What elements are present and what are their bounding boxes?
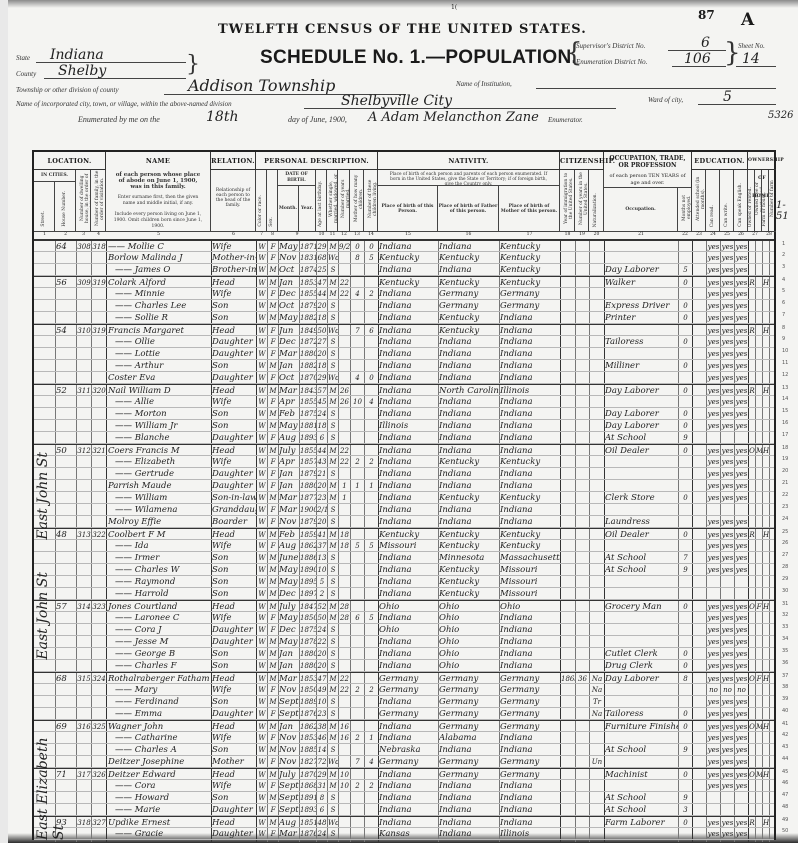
cell-eng: yes xyxy=(735,516,748,528)
cell-rel: Daughter xyxy=(212,336,256,348)
cell-ms: Wd xyxy=(328,252,338,264)
cell-ms: Wd xyxy=(328,372,338,384)
cell-month: Aug xyxy=(279,540,299,552)
cell-rel: Son xyxy=(212,792,256,804)
cell-age: 22 xyxy=(317,636,327,648)
cell-bp: Indiana xyxy=(379,288,438,300)
enumeration-label: Enumeration District No. xyxy=(576,58,647,66)
cell-read: yes xyxy=(707,456,720,468)
cell-bm: Indiana xyxy=(500,432,560,444)
cell-bm: Indiana xyxy=(500,804,560,816)
cell-bf: Indiana xyxy=(439,480,499,492)
cell-ms: M xyxy=(328,480,338,492)
row-number: 40 xyxy=(782,708,788,714)
row-number: 6 xyxy=(782,300,785,306)
cell-bf: Kentucky xyxy=(439,492,499,504)
cell-bp: Germany xyxy=(379,708,438,720)
cell-bf: Ohio xyxy=(439,660,499,672)
cell-bm: Indiana xyxy=(500,780,560,792)
table-row: —— George BSonWMJan188020SIndianaOhioInd… xyxy=(34,648,774,660)
cell-ms: S xyxy=(328,804,338,816)
cell-name: —— Minnie xyxy=(107,288,211,300)
cell-bp: Indiana xyxy=(379,660,438,672)
cell-eng: yes xyxy=(735,372,748,384)
cell-write: yes xyxy=(721,348,734,360)
sheet-value-field: 14 xyxy=(736,52,776,68)
col-occupation: Occupation. xyxy=(604,188,678,232)
cell-age: 46 xyxy=(317,732,327,744)
cell-color: W xyxy=(257,432,267,444)
cell-bm: Indiana xyxy=(500,336,560,348)
column-number: 17 xyxy=(499,232,560,237)
cell-mo: 4 xyxy=(351,288,364,300)
cell-bm: Indiana xyxy=(500,624,560,636)
cell-sex: F xyxy=(268,456,278,468)
cell-year: 1879 xyxy=(300,468,316,480)
cell-bp: Indiana xyxy=(379,348,438,360)
cell-sex: F xyxy=(268,708,278,720)
row-number: 11 xyxy=(782,360,788,366)
col-years-married: Number of years married. xyxy=(338,170,350,232)
cell-month: June xyxy=(279,552,299,564)
row-number: 27 xyxy=(782,552,788,558)
cell-bf: Ohio xyxy=(439,648,499,660)
cell-name: —— Blanche xyxy=(107,432,211,444)
cell-year: 1880 xyxy=(300,480,316,492)
cell-name: —— Ida xyxy=(107,540,211,552)
col-can-read: Can read. xyxy=(706,170,720,232)
cell-occ: Clerk Store xyxy=(605,492,678,504)
cell-color: W xyxy=(257,696,267,708)
cell-age: 25 xyxy=(317,264,327,276)
cell-name: Parrish Maude xyxy=(107,480,211,492)
row-number: 3 xyxy=(782,264,785,270)
row-number: 43 xyxy=(782,744,788,750)
cell-unemp: 9 xyxy=(679,744,692,756)
cell-write: yes xyxy=(721,732,734,744)
cell-bp: Indiana xyxy=(379,468,438,480)
cell-write: yes xyxy=(721,300,734,312)
col-naturalization: Naturalization. xyxy=(589,170,604,232)
column-number: 14 xyxy=(364,232,378,237)
cell-year: 1876 xyxy=(300,708,316,720)
cell-bf: Germany xyxy=(439,300,499,312)
cell-unemp: 5 xyxy=(679,264,692,276)
cell-name: —— Cora xyxy=(107,780,211,792)
cell-age: 49 xyxy=(317,684,327,696)
row-number: 47 xyxy=(782,792,788,798)
cell-bf: Germany xyxy=(439,708,499,720)
cell-month: Apr xyxy=(279,456,299,468)
cell-month: Dec xyxy=(279,588,299,600)
cell-eng: no xyxy=(735,684,748,696)
cell-bp: Indiana xyxy=(379,456,438,468)
cell-sex: F xyxy=(268,252,278,264)
cell-color: W xyxy=(257,744,267,756)
cell-bm: Indiana xyxy=(500,732,560,744)
cell-bp: Indiana xyxy=(379,780,438,792)
cell-year: 1874 xyxy=(300,264,316,276)
cell-rel: Daughter xyxy=(212,468,256,480)
cell-eng: yes xyxy=(735,696,748,708)
cell-age: 18 xyxy=(317,420,327,432)
cell-month: Sept xyxy=(279,792,299,804)
cell-color: W xyxy=(257,408,267,420)
cell-age: 21 xyxy=(317,468,327,480)
cell-mo: 6 xyxy=(351,612,364,624)
row-number: 39 xyxy=(782,696,788,702)
cell-ms: S xyxy=(328,636,338,648)
cell-month: Dec xyxy=(279,336,299,348)
column-number: 27 xyxy=(748,232,762,237)
cell-bf: Indiana xyxy=(439,396,499,408)
cell-eng: yes xyxy=(735,348,748,360)
cell-bp: Indiana xyxy=(379,312,438,324)
cell-ym: 22 xyxy=(339,288,350,300)
cell-read: yes xyxy=(707,708,720,720)
occupation-header: OCCUPATION, TRADE, OR PROFESSION of each… xyxy=(604,152,692,188)
cell-month: Jan xyxy=(279,648,299,660)
cell-year: 1880 xyxy=(300,348,316,360)
cell-read: yes xyxy=(707,312,720,324)
col-years-in-us: Number of years in the United States. xyxy=(575,170,589,232)
cell-color: W xyxy=(257,804,267,816)
cell-write: yes xyxy=(721,828,734,840)
cell-age: 45 xyxy=(317,396,327,408)
enumerated-prefix: Enumerated by me on the xyxy=(78,115,160,124)
cell-read: yes xyxy=(707,624,720,636)
cell-name: —— Howard xyxy=(107,792,211,804)
cell-li: 4 xyxy=(365,396,378,408)
enumerated-suffix: day of June, 1900, xyxy=(288,115,347,124)
cell-rel: Daughter xyxy=(212,480,256,492)
cell-write: yes xyxy=(721,648,734,660)
cell-ms: S xyxy=(328,264,338,276)
cell-month: Apr xyxy=(279,396,299,408)
cell-name: —— Marie xyxy=(107,804,211,816)
cell-age: 8 xyxy=(317,792,327,804)
cell-age: 20 xyxy=(317,648,327,660)
institution-field: Name of Institution, xyxy=(456,76,776,90)
cell-li: 2 xyxy=(365,456,378,468)
cell-rel: Son xyxy=(212,744,256,756)
cell-ms: M xyxy=(328,612,338,624)
cell-bf: Indiana xyxy=(439,468,499,480)
state-value: Indiana xyxy=(50,47,104,63)
row-number: 26 xyxy=(782,540,788,546)
cell-sex: M xyxy=(268,792,278,804)
cell-age: 23 xyxy=(317,492,327,504)
cell-year: 1882 xyxy=(300,312,316,324)
cell-bf: Germany xyxy=(439,696,499,708)
cell-name: —— Charles F xyxy=(107,660,211,672)
cell-rel: Son-in-law xyxy=(212,492,256,504)
cell-month: Oct xyxy=(279,372,299,384)
column-numbers-row: 1234567891011121314151617181920212223242… xyxy=(34,232,774,240)
table-row: 50312321Coers Francis MHeadWMJuly185544M… xyxy=(34,444,774,456)
cell-write: yes xyxy=(721,396,734,408)
col-birth-mother: Place of birth of Mother of this person. xyxy=(499,186,560,232)
cell-sex: F xyxy=(268,516,278,528)
cell-sex: M xyxy=(268,360,278,372)
table-row: —— LottieDaughterWFMar188020SIndianaIndi… xyxy=(34,348,774,360)
relation-desc: Relationship of each person to the head … xyxy=(211,170,256,232)
cell-ms: M xyxy=(328,396,338,408)
cell-age: 29 xyxy=(317,372,327,384)
table-row: Borlow Malinda JMother-in-lawWFNov183168… xyxy=(34,252,774,264)
cell-color: W xyxy=(257,288,267,300)
incorporated-field: Name of incorporated city, town, or vill… xyxy=(16,94,616,110)
cell-read: yes xyxy=(707,372,720,384)
table-row: Coster EvaDaughterWFOct187029Wd40Indiana… xyxy=(34,372,774,384)
cell-occ: Day Laborer xyxy=(605,420,678,432)
cell-sex: F xyxy=(268,780,278,792)
column-number: 12 xyxy=(338,232,350,237)
cell-age: 31 xyxy=(317,780,327,792)
cell-bm: Kentucky xyxy=(500,456,560,468)
cell-bf: Indiana xyxy=(439,744,499,756)
cell-year: 1889 xyxy=(300,696,316,708)
cell-year: 1827 xyxy=(300,756,316,768)
cell-ms: S xyxy=(328,696,338,708)
cell-unemp: 0 xyxy=(679,492,692,504)
cell-read: yes xyxy=(707,408,720,420)
cell-month: May xyxy=(279,420,299,432)
cell-eng: yes xyxy=(735,456,748,468)
cell-li: 2 xyxy=(365,288,378,300)
table-row: —— HarroldSonWMDec18972SIndianaKentuckyM… xyxy=(34,588,774,600)
cell-bm: Indiana xyxy=(500,396,560,408)
cell-rel: Son xyxy=(212,648,256,660)
cell-name: Coster Eva xyxy=(107,372,211,384)
cell-name: Deitzer Josephine xyxy=(107,756,211,768)
cell-year: 1875 xyxy=(300,624,316,636)
cell-name: —— Sollie R xyxy=(107,312,211,324)
cell-bp: Indiana xyxy=(379,576,438,588)
cell-eng: yes xyxy=(735,396,748,408)
cell-color: W xyxy=(257,636,267,648)
cell-bf: Ohio xyxy=(439,612,499,624)
col-birth-person: Place of birth of this Person. xyxy=(378,186,438,232)
cell-sex: F xyxy=(268,468,278,480)
cell-month: Aug xyxy=(279,432,299,444)
cell-read: yes xyxy=(707,564,720,576)
cell-name: —— Catharine xyxy=(107,732,211,744)
cell-write: yes xyxy=(721,612,734,624)
cell-ym: 18 xyxy=(339,540,350,552)
cell-month: Jan xyxy=(279,468,299,480)
cell-name: —— Wilamena xyxy=(107,504,211,516)
col-color: Color or race. xyxy=(256,170,267,232)
cell-write: yes xyxy=(721,540,734,552)
cell-name: —— Laronee C xyxy=(107,612,211,624)
table-row: —— AllieWifeWFApr185545M26104IndianaIndi… xyxy=(34,396,774,408)
cell-name: —— Lottie xyxy=(107,348,211,360)
cell-eng: yes xyxy=(735,732,748,744)
cell-age: 20 xyxy=(317,480,327,492)
cell-color: W xyxy=(257,564,267,576)
cell-age: 24 xyxy=(317,624,327,636)
ward-label: Ward of city, xyxy=(648,96,683,104)
cell-bm: Indiana xyxy=(500,312,560,324)
cell-bm: Indiana xyxy=(500,420,560,432)
cell-bp: Indiana xyxy=(379,372,438,384)
cell-year: 1893 xyxy=(300,804,316,816)
cell-bm: Indiana xyxy=(500,504,560,516)
supervisor-value: 6 xyxy=(701,35,710,51)
row-number: 38 xyxy=(782,684,788,690)
cell-year: 1890 xyxy=(300,564,316,576)
table-row: Molroy EffieBoarderWFNov187920SIndianaIn… xyxy=(34,516,774,528)
cell-color: W xyxy=(257,372,267,384)
cell-year: 1881 xyxy=(300,420,316,432)
cell-sex: F xyxy=(268,828,278,840)
cell-read: yes xyxy=(707,468,720,480)
cell-color: W xyxy=(257,828,267,840)
cell-read: yes xyxy=(707,300,720,312)
cell-write: yes xyxy=(721,264,734,276)
cell-age: 23 xyxy=(317,708,327,720)
cell-bm: Germany xyxy=(500,696,560,708)
cell-eng: yes xyxy=(735,264,748,276)
cell-name: —— Gracie xyxy=(107,828,211,840)
row-number: 21 xyxy=(782,480,788,486)
table-row: —— Laronee CWifeWFMay185050M2865IndianaO… xyxy=(34,612,774,624)
column-number: 9 xyxy=(278,232,316,237)
cell-year: 1870 xyxy=(300,372,316,384)
table-row: 48313322Coolbert F MHeadWMFeb185941M18Ke… xyxy=(34,528,774,540)
cell-bm: Germany xyxy=(500,288,560,300)
cell-rel: Daughter xyxy=(212,348,256,360)
cell-sex: F xyxy=(268,732,278,744)
cell-ms: S xyxy=(328,648,338,660)
cell-month: Nov xyxy=(279,516,299,528)
column-number: 25 xyxy=(720,232,734,237)
cell-write: yes xyxy=(721,492,734,504)
row-number: 8 xyxy=(782,325,785,331)
cell-month: Nov xyxy=(279,684,299,696)
cell-read: yes xyxy=(707,336,720,348)
cell-unemp: 9 xyxy=(679,432,692,444)
cell-occ: At School xyxy=(605,564,678,576)
cell-sex: M xyxy=(268,564,278,576)
table-row: —— GracieDaughterWFMar187624SKansasIndia… xyxy=(34,828,774,840)
row-number: 2 xyxy=(782,252,785,258)
cell-bf: Indiana xyxy=(439,828,499,840)
cell-bp: Indiana xyxy=(379,300,438,312)
cell-color: W xyxy=(257,792,267,804)
cell-sex: F xyxy=(268,504,278,516)
cell-month: Nov xyxy=(279,732,299,744)
column-number: 23 xyxy=(692,232,706,237)
name-desc: of each person whose place of abode on J… xyxy=(106,170,211,232)
col-dwelling: Number of dwelling house, in the order o… xyxy=(76,170,91,232)
table-row: —— MinnieWifeWFDec185544M2242IndianaGerm… xyxy=(34,288,774,300)
column-number: 6 xyxy=(211,232,256,237)
cell-color: W xyxy=(257,756,267,768)
cell-bp: Indiana xyxy=(379,492,438,504)
cell-color: W xyxy=(257,552,267,564)
table-row: 71317326Deitzer EdwardHeadWMJuly187029M1… xyxy=(34,768,774,780)
name-header: NAME xyxy=(106,152,211,170)
cell-bp: Indiana xyxy=(379,264,438,276)
cell-month: Sept xyxy=(279,696,299,708)
cell-color: W xyxy=(257,732,267,744)
col-family: Number of family, in the order of visita… xyxy=(91,170,106,232)
cell-mo: 1 xyxy=(351,480,364,492)
schedule-title: SCHEDULE No. 1.—POPULATION. xyxy=(260,47,577,69)
nativity-header: NATIVITY. xyxy=(378,152,560,170)
cell-li: 2 xyxy=(365,684,378,696)
cell-name: —— Elizabeth xyxy=(107,456,211,468)
cell-bp: Indiana xyxy=(379,504,438,516)
enumeration-district-field: Enumeration District No. 106 xyxy=(576,52,726,68)
cell-eng: yes xyxy=(735,756,748,768)
cell-age: 6 xyxy=(317,804,327,816)
cell-month: Sept xyxy=(279,804,299,816)
cell-age: 20 xyxy=(317,300,327,312)
cell-unemp: 0 xyxy=(679,708,692,720)
cell-eng: yes xyxy=(735,540,748,552)
cell-occ: Express Driver xyxy=(605,300,678,312)
table-row: —— Charles ASonWMNov188514SNebraskaIndia… xyxy=(34,744,774,756)
row-number: 16 xyxy=(782,420,788,426)
cell-rel: Daughter xyxy=(212,804,256,816)
column-number: 8 xyxy=(267,232,278,237)
cell-mo: 8 xyxy=(351,252,364,264)
cell-color: W xyxy=(257,300,267,312)
table-row: —— OllieDaughterWFDec187227SIndianaIndia… xyxy=(34,336,774,348)
cell-eng: yes xyxy=(735,492,748,504)
cell-rel: Son xyxy=(212,300,256,312)
cell-eng: yes xyxy=(735,300,748,312)
enumerator-name: A Adam Melancthon Zane xyxy=(368,110,539,125)
cell-color: W xyxy=(257,660,267,672)
col-mother-of: Mother of how many children. xyxy=(350,170,364,232)
personal-description-header: PERSONAL DESCRIPTION. xyxy=(256,152,378,170)
cell-ms: M xyxy=(328,732,338,744)
cell-ms: S xyxy=(328,504,338,516)
cell-bm: Missouri xyxy=(500,564,560,576)
cell-color: W xyxy=(257,252,267,264)
cell-rel: Son xyxy=(212,576,256,588)
cell-bp: Indiana xyxy=(379,480,438,492)
cell-year: 1857 xyxy=(300,456,316,468)
cell-write: yes xyxy=(721,564,734,576)
cell-read: yes xyxy=(707,696,720,708)
cell-month: May xyxy=(279,564,299,576)
cell-year: 1877 xyxy=(300,492,316,504)
col-attended-school: Attended school (in months). xyxy=(692,170,706,232)
cell-color: W xyxy=(257,480,267,492)
cell-bp: Indiana xyxy=(379,588,438,600)
cell-unemp: 9 xyxy=(679,792,692,804)
col-immigration-year: Year of immigration to the United States… xyxy=(560,170,575,232)
cell-year: 1878 xyxy=(300,636,316,648)
table-row: 93318327Updike ErnestHeadWMAug185148WdIn… xyxy=(34,816,774,828)
cell-bp: Indiana xyxy=(379,408,438,420)
cell-year: 1850 xyxy=(300,684,316,696)
cell-name: —— William xyxy=(107,492,211,504)
cell-ms: M xyxy=(328,492,338,504)
cell-ms: S xyxy=(328,576,338,588)
cell-age: 43 xyxy=(317,456,327,468)
cell-ym: 1 xyxy=(339,492,350,504)
row-number: 12 xyxy=(782,372,788,378)
cell-year: 1855 xyxy=(300,288,316,300)
cell-ms: S xyxy=(328,792,338,804)
row-number: 19 xyxy=(782,456,788,462)
